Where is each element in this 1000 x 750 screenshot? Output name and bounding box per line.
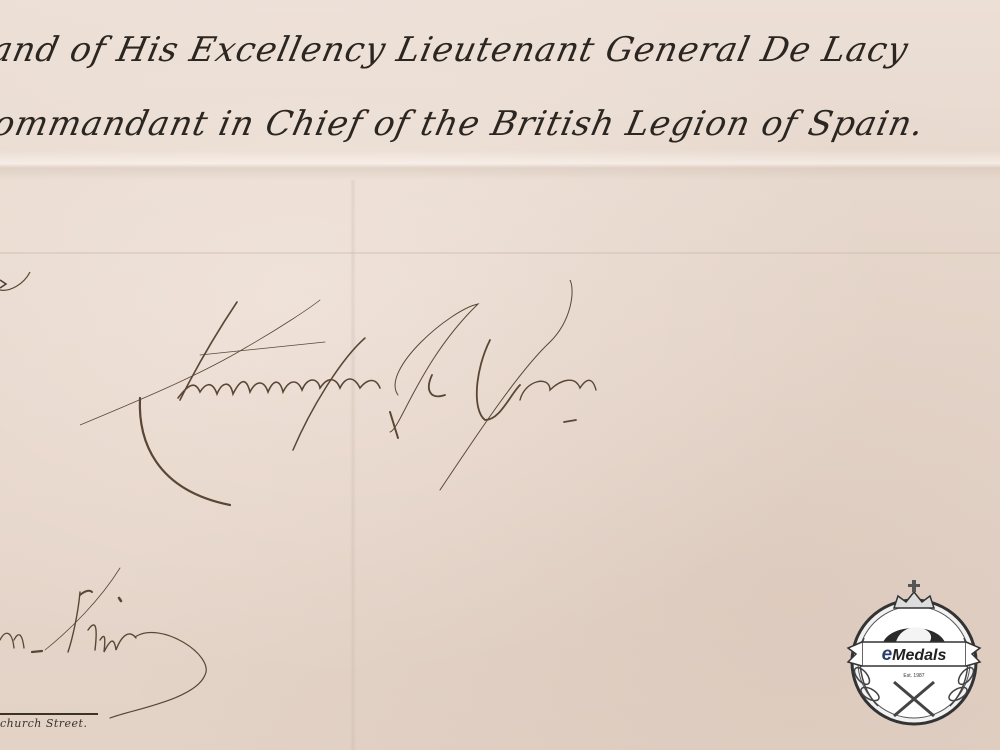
printer-imprint: ...church Street. — [0, 717, 87, 730]
ink-fragment — [0, 262, 40, 302]
emedals-brand: eMedals — [838, 644, 990, 666]
document-text-line-1: and of His Excellency Lieutenant General… — [0, 30, 912, 70]
second-signature: King — [0, 560, 220, 730]
brand-prefix: e — [882, 644, 893, 665]
paper-faint-line — [0, 252, 1000, 254]
brand-suffix: Medals — [892, 647, 946, 664]
document-text-line-2: ommandant in Chief of the British Legion… — [0, 104, 928, 144]
emedals-established: Est. 1987 — [838, 673, 990, 679]
printer-imprint-rule — [0, 713, 98, 715]
paper-fold-crease — [0, 150, 1000, 180]
signature: Christopher L. Clark — [80, 280, 840, 520]
emedals-watermark[interactable]: eMedals Est. 1987 — [838, 578, 990, 730]
